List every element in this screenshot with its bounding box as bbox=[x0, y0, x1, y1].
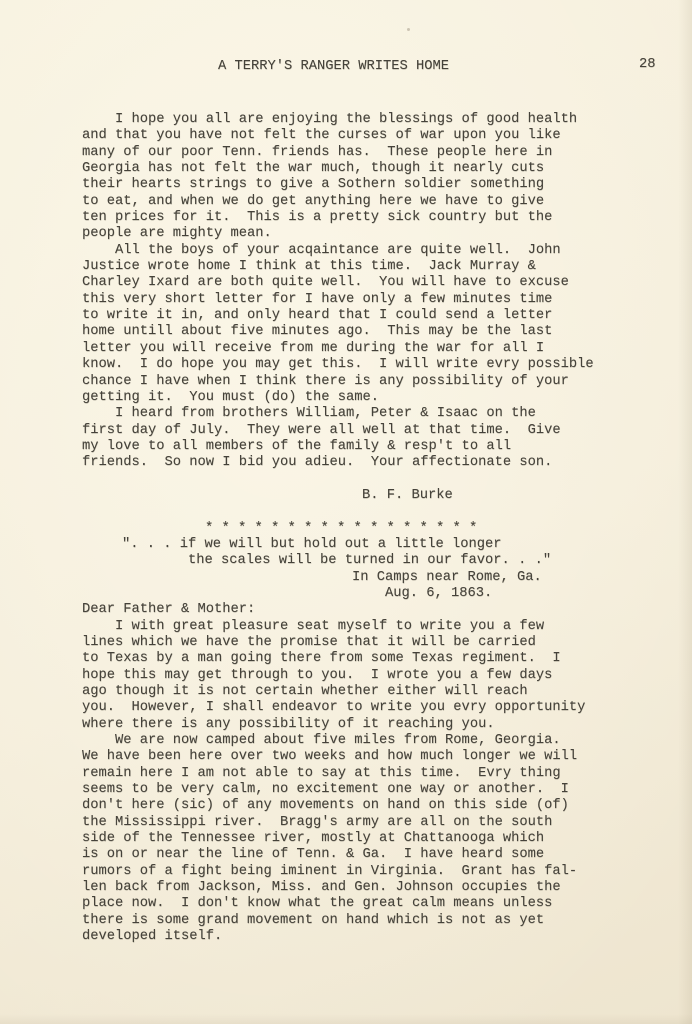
paper-speck bbox=[407, 28, 410, 31]
page-number: 28 bbox=[639, 57, 656, 73]
page-right-edge-shadow bbox=[678, 0, 692, 1024]
epigraph-quote: ". . . if we will but hold out a little … bbox=[82, 537, 662, 570]
letter2-body: I with great pleasure seat myself to wri… bbox=[82, 619, 662, 946]
page-bottom-edge-shadow bbox=[0, 1014, 692, 1024]
letter2-dateline: In Camps near Rome, Ga. Aug. 6, 1863. bbox=[82, 570, 662, 603]
page-title: A TERRY'S RANGER WRITES HOME bbox=[218, 59, 449, 75]
letter1-body: I hope you all are enjoying the blessing… bbox=[82, 112, 662, 472]
letter2-salutation: Dear Father & Mother: bbox=[82, 602, 662, 618]
page-content: I hope you all are enjoying the blessing… bbox=[82, 112, 662, 946]
asterisk-separator: * * * * * * * * * * * * * * * * * bbox=[82, 521, 662, 537]
typewritten-letter-page: { "page": { "title": "A TERRY'S RANGER W… bbox=[0, 0, 692, 1024]
letter1-signature: B. F. Burke bbox=[82, 488, 662, 504]
